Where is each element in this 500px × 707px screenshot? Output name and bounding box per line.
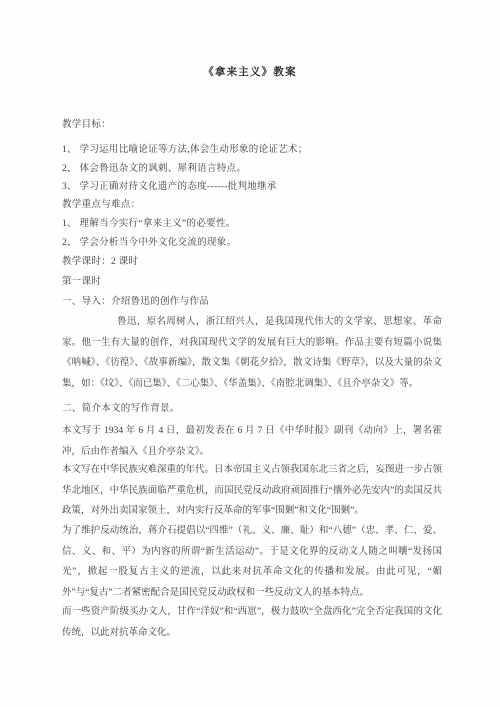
key-point-item-1: 1、 理解当今实行“拿来主义”的必要性。 [62,218,444,231]
document-page: 《拿来主义》教案 教学目标： 1、 学习运用比喻论证等方法,体会生动形象的论证艺… [0,0,500,707]
teaching-goal-item-3: 3、 学习正确对待文化遗产的态度------批判地继承 [62,181,444,194]
class-hours-line: 教学课时：2 课时 [62,256,444,269]
background-paragraph-1: 本文写于 1934 年 6 月 4 日，最初发表在 6 月 7 日《中华时报》副… [62,421,442,462]
teaching-goal-item-2: 2、 体会鲁迅杂文的讽刺、犀利语言特点。 [62,163,444,176]
background-section-heading: 二、简介本文的写作背景。 [62,403,444,416]
intro-paragraph: 鲁迅，原名周树人，浙江绍兴人，是我国现代伟大的文学家、思想家、革命家。他一生有大… [62,312,442,394]
teaching-goal-item-1: 1、 学习运用比喻论证等方法,体会生动形象的论证艺术； [62,144,444,157]
background-paragraph-3: 为了维护反动统治，蒋介石提倡以“四维”（礼、义、廉、耻）和“八德”（忠、孝、仁、… [62,521,442,603]
key-points-heading: 教学重点与难点： [62,199,444,212]
intro-section-heading: 一、导入：介绍鲁迅的创作与作品 [62,296,444,309]
teaching-goals-heading: 教学目标： [62,119,444,132]
document-title: 《拿来主义》教案 [0,64,500,79]
key-point-item-2: 2、 学会分析当今中外文化交流的现象。 [62,237,444,250]
lesson-one-heading: 第一课时 [62,276,444,289]
background-paragraph-4: 而一些资产阶级买办文人，甘作“洋奴”和“西崽”，极力鼓吹“全盘西化”完全否定我国… [62,602,442,643]
background-paragraph-2: 本文写在中华民族灾难深重的年代。日本帝国主义占领我国东北三省之后，妄图进一步占领… [62,460,442,522]
